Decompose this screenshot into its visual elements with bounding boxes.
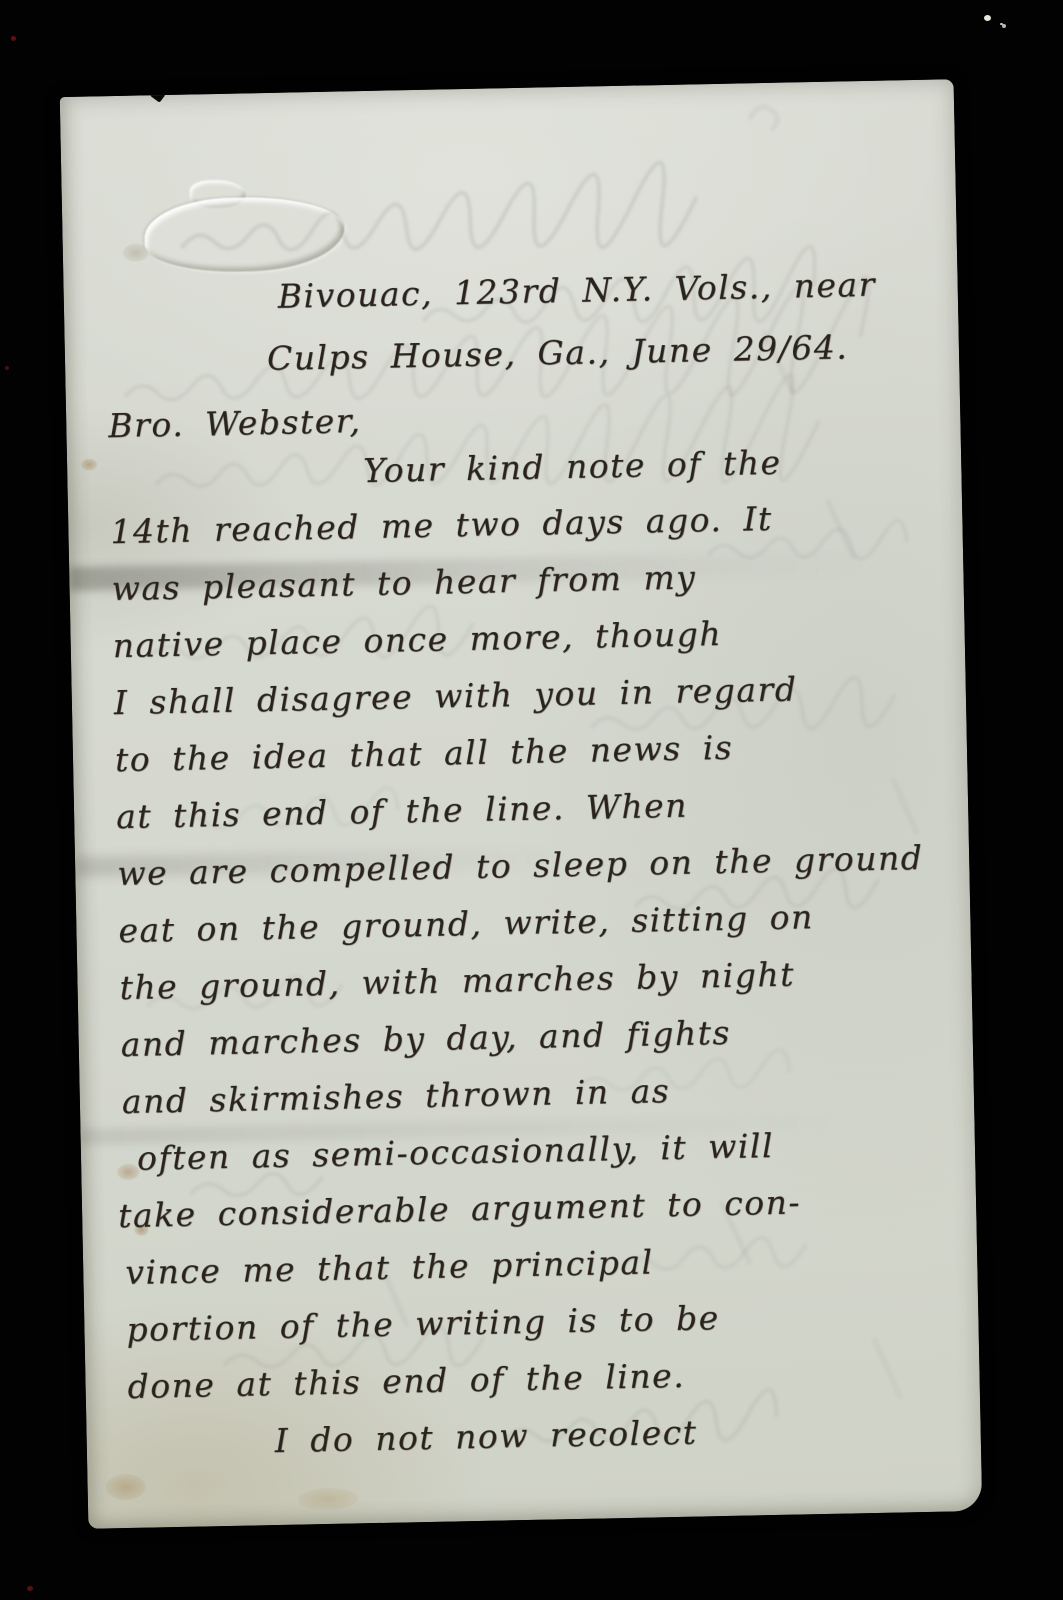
dust-speck — [984, 15, 991, 21]
dust-speck — [27, 1586, 33, 1591]
photo-background: Bivouac, 123rd N.Y. Vols., near Culps Ho… — [0, 0, 1063, 1600]
dust-speck — [11, 36, 16, 41]
foxing-stain — [298, 1487, 358, 1510]
embossed-seal — [144, 195, 345, 273]
foxing-stain — [105, 1474, 146, 1501]
letter-text: Bivouac, 123rd N.Y. Vols., near Culps Ho… — [63, 254, 981, 1473]
paper-edge-notch — [150, 88, 166, 103]
letter-paper: Bivouac, 123rd N.Y. Vols., near Culps Ho… — [60, 79, 983, 1529]
dust-speck — [1002, 24, 1006, 28]
dust-speck — [5, 366, 9, 370]
